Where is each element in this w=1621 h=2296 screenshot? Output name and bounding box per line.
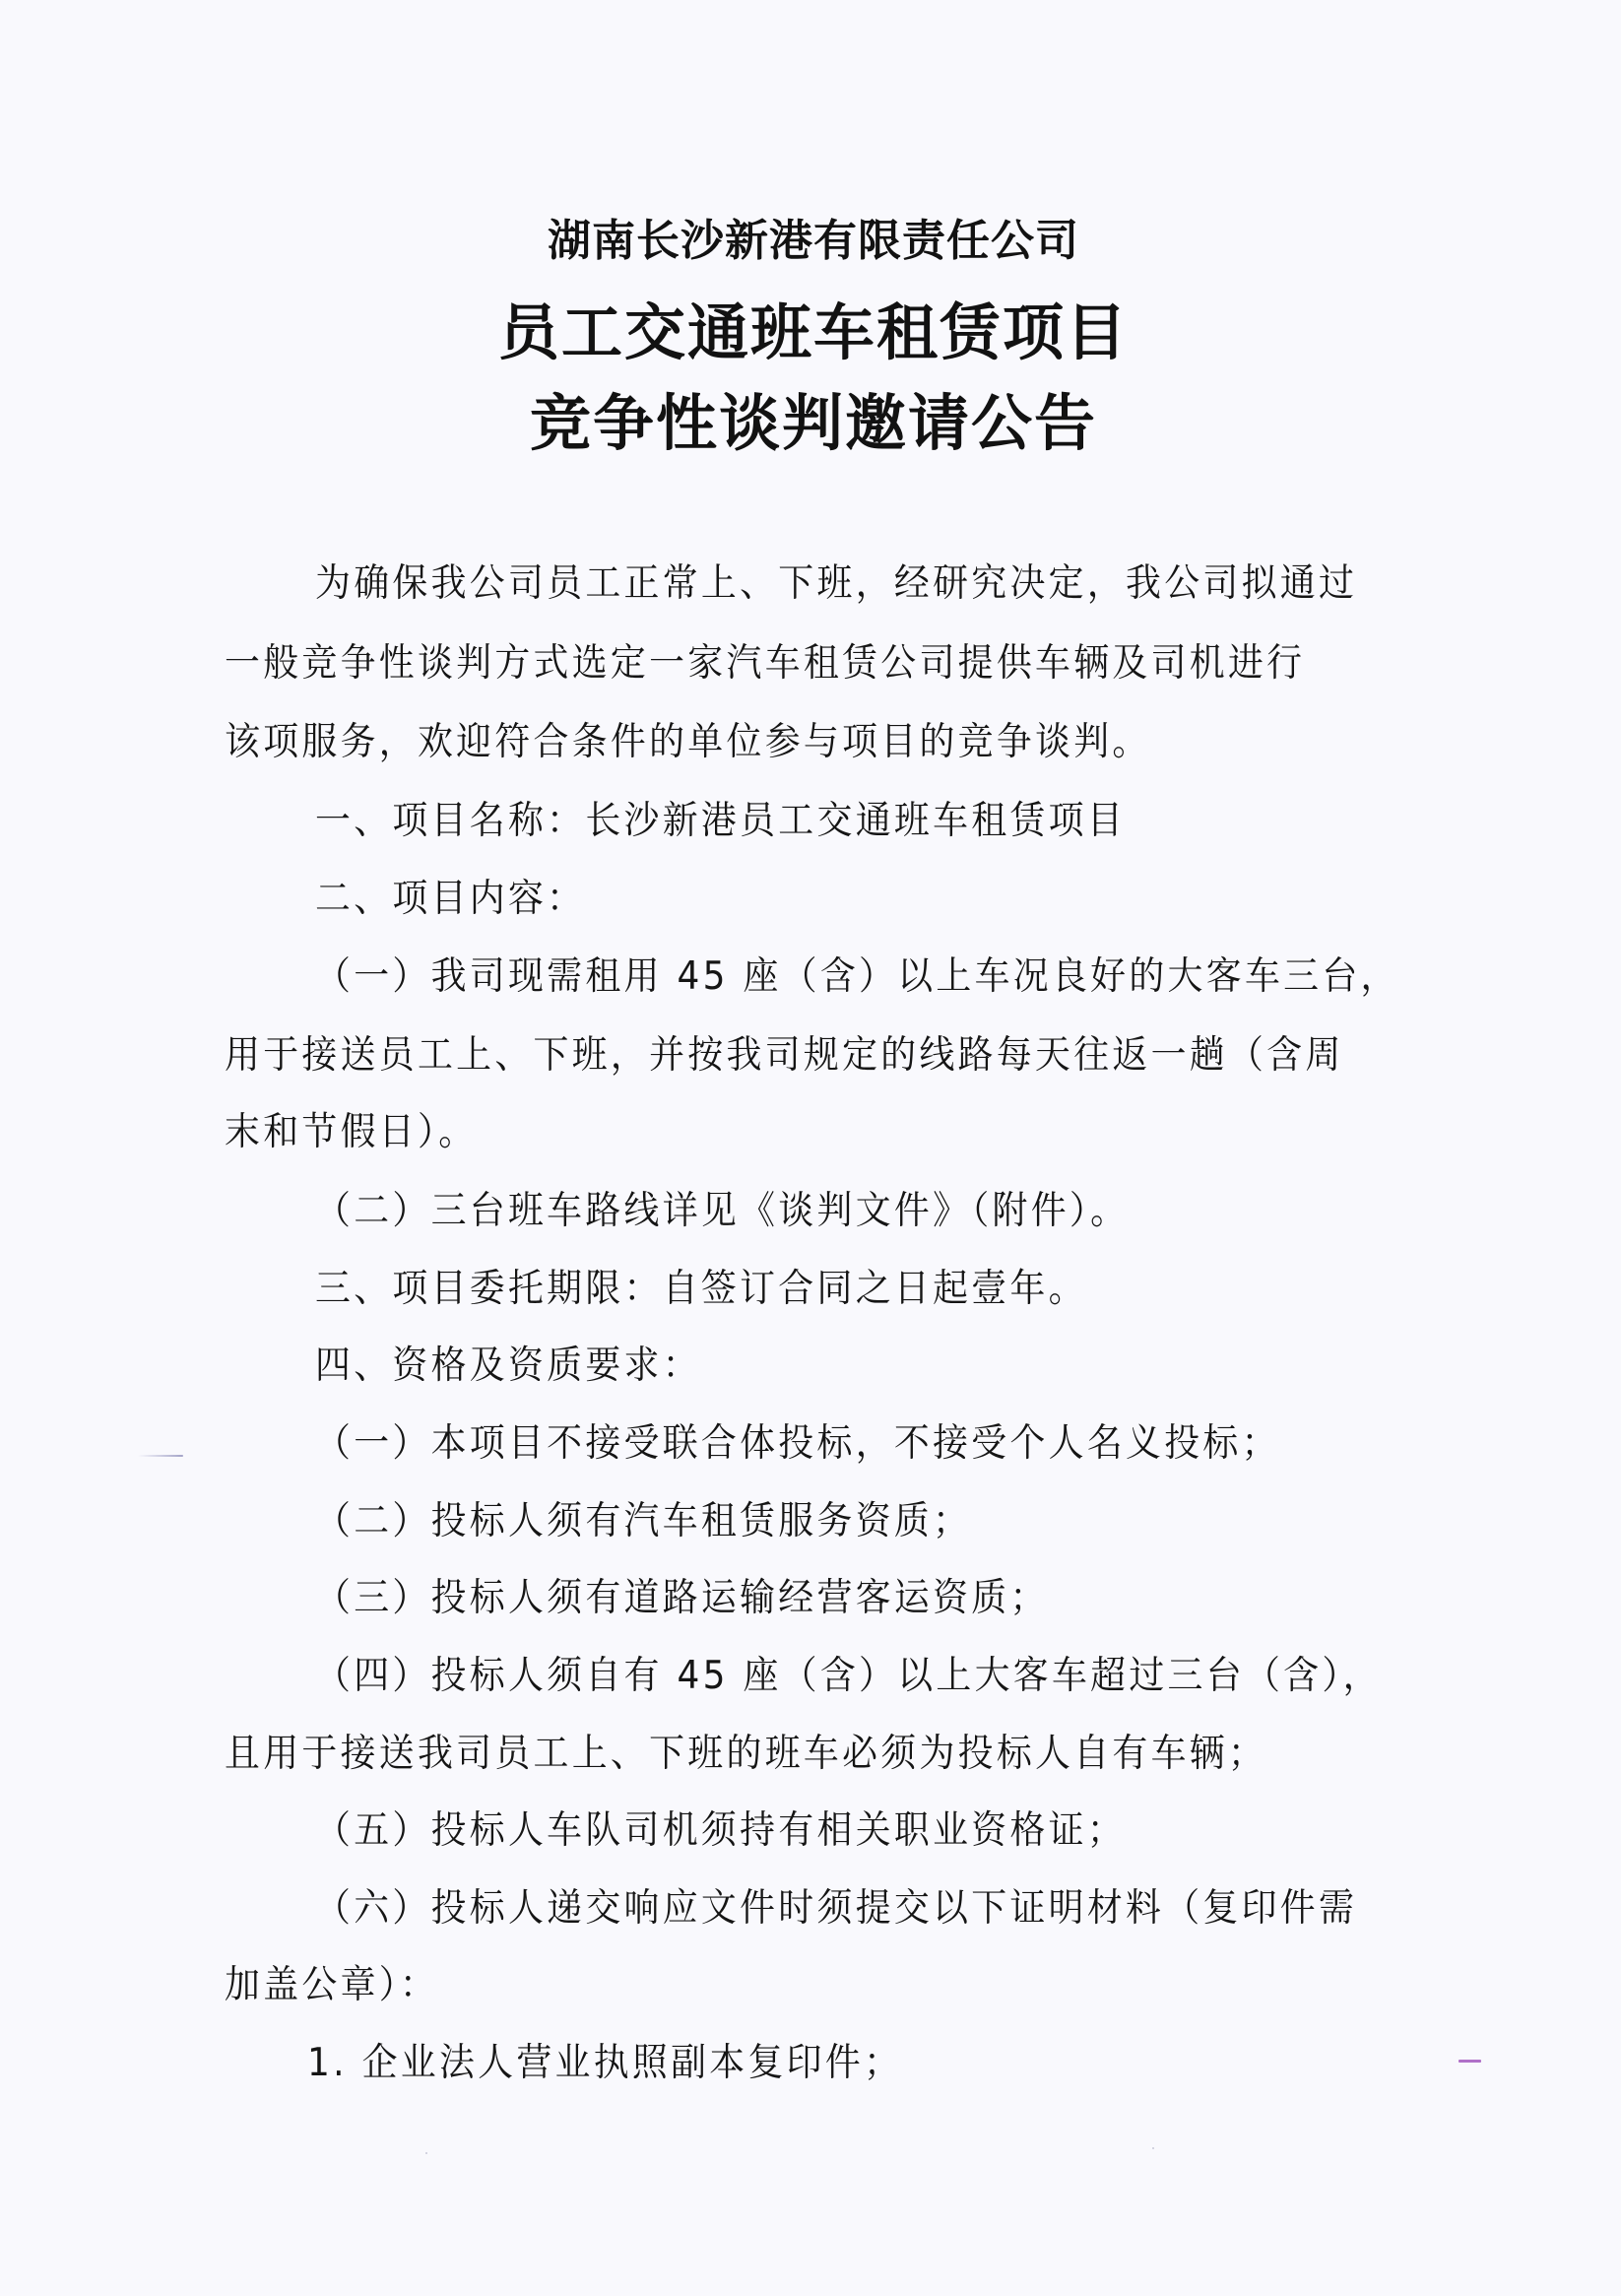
section-4-item-2: （二）投标人须有汽车租赁服务资质；: [315, 1497, 971, 1546]
section-2-heading: 二、项目内容：: [315, 875, 585, 924]
section-4-item-4-line-2: 且用于接送我司员工上、下班的班车必须为投标人自有车辆；: [225, 1730, 1266, 1779]
section-2-item-1-line-2: 用于接送员工上、下班，并按我司规定的线路每天往返一趟（含周: [225, 1031, 1344, 1081]
section-4-item-3: （三）投标人须有道路运输经营客运资质；: [315, 1574, 1049, 1623]
document-title-line-1: 员工交通班车租赁项目: [3, 294, 1621, 372]
scanned-document-page: 湖南长沙新港有限责任公司 员工交通班车租赁项目 竞争性谈判邀请公告 为确保我公司…: [0, 0, 1621, 2296]
section-2-item-1-line-3: 末和节假日）。: [225, 1108, 477, 1157]
section-4-item-5: （五）投标人车队司机须持有相关职业资格证；: [315, 1806, 1126, 1856]
section-3-term: 三、项目委托期限：自签订合同之日起壹年。: [315, 1265, 1087, 1314]
scan-artifact-mark: [138, 1455, 183, 1457]
document-title-line-2: 竞争性谈判邀请公告: [3, 384, 1621, 463]
section-2-item-2: （二）三台班车路线详见《谈判文件》（附件）。: [315, 1187, 1129, 1236]
section-1-project-name: 一、项目名称：长沙新港员工交通班车租赁项目: [315, 797, 1126, 846]
section-4-item-1: （一）本项目不接受联合体投标，不接受个人名义投标；: [315, 1419, 1280, 1469]
company-name-heading: 湖南长沙新港有限责任公司: [3, 212, 1621, 271]
section-4-item-6-line-1: （六）投标人递交响应文件时须提交以下证明材料（复印件需: [315, 1884, 1357, 1934]
intro-line-3: 该项服务，欢迎符合条件的单位参与项目的竞争谈判。: [225, 718, 1151, 767]
intro-line-1: 为确保我公司员工正常上、下班，经研究决定，我公司拟通过: [315, 559, 1357, 609]
section-4-sub-item-1: 1. 企业法人营业执照副本复印件；: [307, 2039, 902, 2088]
section-2-item-1-line-1: （一）我司现需租用 45 座（含）以上车况良好的大客车三台，: [315, 952, 1399, 1002]
intro-line-2: 一般竞争性谈判方式选定一家汽车租赁公司提供车辆及司机进行: [225, 639, 1305, 689]
section-4-item-4-line-1: （四）投标人须自有 45 座（含）以上大客车超过三台（含），: [315, 1652, 1382, 1701]
section-4-heading: 四、资格及资质要求：: [315, 1342, 701, 1391]
scan-speck: [425, 2152, 427, 2154]
section-4-item-6-line-2: 加盖公章）：: [225, 1961, 438, 2010]
scan-speck: [1152, 2147, 1154, 2149]
scan-artifact-mark: [1459, 2060, 1481, 2063]
